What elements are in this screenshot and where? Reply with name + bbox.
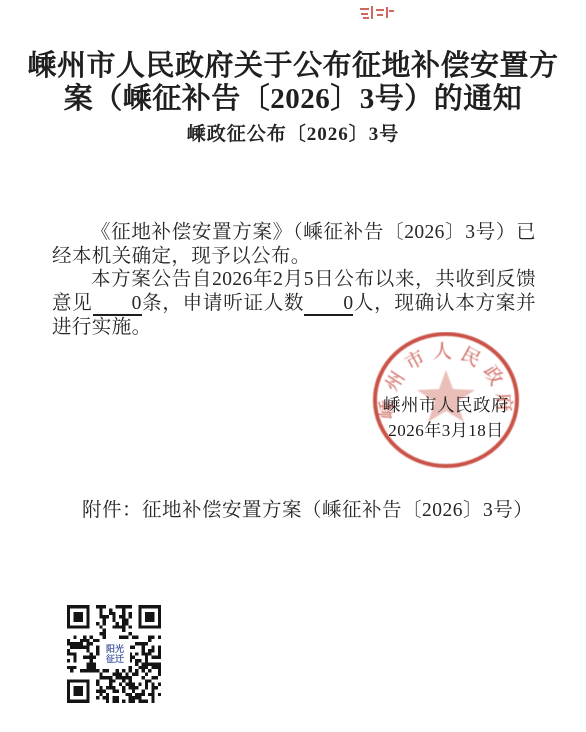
official-seal: 嵊州市人民政府 嵊州市人民政府 2026年3月18日 (371, 332, 521, 472)
feedback-count-blank: 0 (93, 294, 142, 316)
paragraph-1: 《征地补偿安置方案》（嵊征补告〔2026〕3号）已经本机关确定，现予以公布。 (52, 221, 536, 268)
seal-date: 2026年3月18日 (371, 416, 521, 441)
body-text: 《征地补偿安置方案》（嵊征补告〔2026〕3号）已经本机关确定，现予以公布。 本… (52, 221, 536, 339)
qr-label-line2: 征迁 (106, 654, 124, 664)
paragraph-2: 本方案公告自2026年2月5日公布以来，共收到反馈意见0条，申请听证人数0人，现… (52, 268, 536, 339)
document-number: 嵊政征公布〔2026〕3号 (0, 119, 586, 146)
qr-code: 阳光 征迁 (67, 605, 161, 703)
qr-center-label: 阳光 征迁 (100, 642, 130, 666)
page-title-line1: 嵊州市人民政府关于公布征地补偿安置方 (0, 50, 586, 83)
hearing-count-blank: 0 (304, 294, 353, 316)
paragraph-2-part2: 条，申请听证人数 (142, 293, 305, 314)
page-title: 嵊州市人民政府关于公布征地补偿安置方 案（嵊征补告〔2026〕3号）的通知 (0, 50, 586, 116)
attachment-line: 附件：征地补偿安置方案（嵊征补告〔2026〕3号） (82, 494, 533, 522)
page-title-line2: 案（嵊征补告〔2026〕3号）的通知 (0, 83, 586, 116)
qr-label-line1: 阳光 (106, 644, 124, 654)
document-page: 嵊州市人民政府关于公布征地补偿安置方 案（嵊征补告〔2026〕3号）的通知 嵊政… (0, 0, 586, 732)
seal-issuer: 嵊州市人民政府 (371, 392, 521, 417)
red-stamp-fragment-icon (358, 4, 396, 26)
